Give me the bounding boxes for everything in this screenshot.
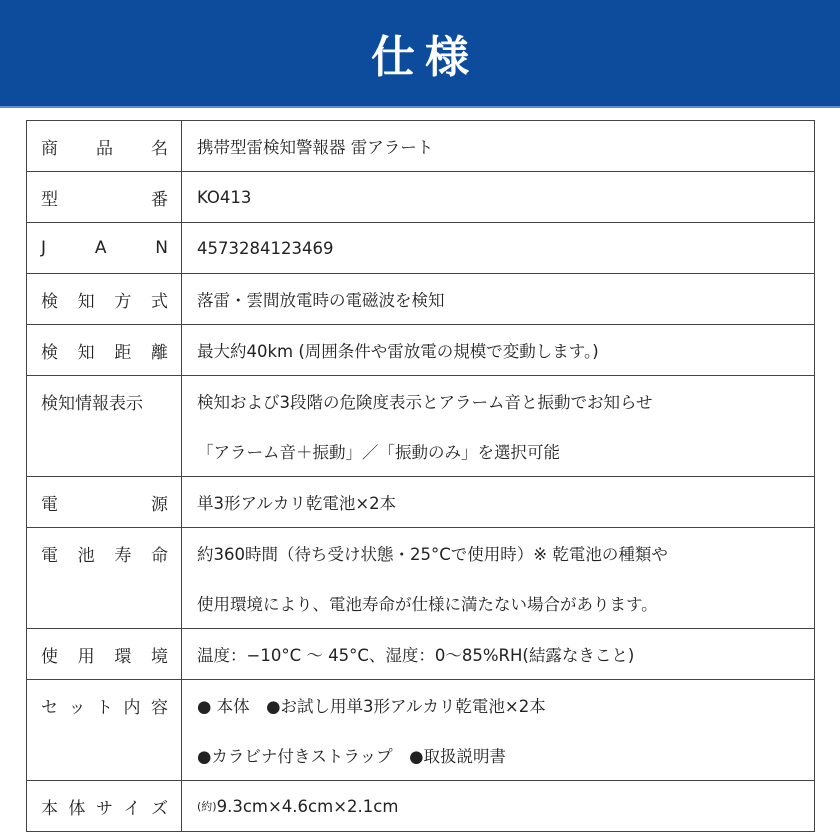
label-char: 名 bbox=[151, 134, 168, 159]
label-char: イ bbox=[124, 794, 141, 819]
label-char: 電 bbox=[41, 490, 58, 515]
spec-value: 最大約40km (周囲条件や雷放電の規模で変動します。) bbox=[182, 325, 814, 375]
spec-label-cell: セ ッ ト 内 容 bbox=[27, 680, 182, 781]
page-title: 仕様 bbox=[361, 21, 479, 85]
label-char: 内 bbox=[124, 693, 141, 718]
label-char: J bbox=[41, 238, 46, 258]
label-char: 知 bbox=[78, 287, 95, 312]
label-char: ズ bbox=[151, 794, 168, 819]
label-char: セ bbox=[41, 693, 58, 718]
label-char: 源 bbox=[151, 490, 168, 515]
spec-label-cell: J A N bbox=[27, 223, 182, 274]
spec-value-cell: 検知および3段階の危険度表示とアラーム音と振動でお知らせ 「アラーム音＋振動」／… bbox=[182, 376, 815, 477]
label-char: ト bbox=[96, 693, 113, 718]
spec-row-model-number: 型 番 KO413 bbox=[27, 172, 815, 223]
spec-value: 単3形アルカリ乾電池×2本 bbox=[182, 477, 814, 527]
label-char: 寿 bbox=[114, 541, 131, 566]
spec-label-cell: 型 番 bbox=[27, 172, 182, 223]
spec-value-cell: 最大約40km (周囲条件や雷放電の規模で変動します。) bbox=[182, 325, 815, 376]
label-char: 式 bbox=[151, 287, 168, 312]
spec-value-cell: 4573284123469 bbox=[182, 223, 815, 274]
label-char: 体 bbox=[69, 794, 86, 819]
spec-label-cell: 商 品 名 bbox=[27, 121, 182, 172]
spec-value: 「アラーム音＋振動」／「振動のみ」を選択可能 bbox=[182, 426, 814, 476]
label-char: 型 bbox=[41, 185, 58, 210]
size-value: 9.3cm×4.6cm×2.1cm bbox=[217, 797, 399, 816]
page-header: 仕様 bbox=[0, 0, 840, 108]
label-char: 用 bbox=[78, 642, 95, 667]
label-char: 電 bbox=[41, 541, 58, 566]
label-char: 番 bbox=[151, 185, 168, 210]
label-char: 命 bbox=[151, 541, 168, 566]
spec-value: 落雷・雲間放電時の電磁波を検知 bbox=[182, 274, 814, 324]
label-char: 境 bbox=[151, 642, 168, 667]
spec-label-cell: 電 源 bbox=[27, 477, 182, 528]
spec-value: 携帯型雷検知警報器 雷アラート bbox=[182, 121, 814, 171]
label-char: サ bbox=[96, 794, 113, 819]
spec-value: 4573284123469 bbox=[182, 223, 814, 273]
spec-row-operating-environment: 使 用 環 境 温度：−10°C 〜 45°C、湿度：0〜85%RH(結露なきこ… bbox=[27, 629, 815, 680]
spec-row-body-size: 本 体 サ イ ズ (約)9.3cm×4.6cm×2.1cm bbox=[27, 781, 815, 832]
spec-row-package-contents: セ ッ ト 内 容 ● 本体 ●お試し用単3形アルカリ乾電池×2本 ●カラビナ付… bbox=[27, 680, 815, 781]
label-char: 検 bbox=[41, 287, 58, 312]
label-char: 検 bbox=[41, 338, 58, 363]
spec-label-cell: 検 知 方 式 bbox=[27, 274, 182, 325]
spec-row-battery-life: 電 池 寿 命 約360時間（待ち受け状態・25°Cで使用時）※ 乾電池の種類や… bbox=[27, 528, 815, 629]
spec-value: 使用環境により、電池寿命が仕様に満たない場合があります。 bbox=[182, 578, 814, 628]
label-char: 環 bbox=[114, 642, 131, 667]
label-char: 離 bbox=[151, 338, 168, 363]
label-char: 本 bbox=[41, 794, 58, 819]
spec-value-cell: KO413 bbox=[182, 172, 815, 223]
spec-label: 検知情報表示 bbox=[41, 389, 143, 414]
label-char: ッ bbox=[69, 693, 86, 718]
label-char: 知 bbox=[78, 338, 95, 363]
spec-row-product-name: 商 品 名 携帯型雷検知警報器 雷アラート bbox=[27, 121, 815, 172]
spec-row-power-source: 電 源 単3形アルカリ乾電池×2本 bbox=[27, 477, 815, 528]
spec-label-cell: 検知情報表示 bbox=[27, 376, 182, 477]
label-char: N bbox=[155, 238, 168, 258]
label-char: 使 bbox=[41, 642, 58, 667]
label-char: 池 bbox=[78, 541, 95, 566]
spec-value: ● 本体 ●お試し用単3形アルカリ乾電池×2本 bbox=[182, 680, 814, 730]
spec-label-cell: 電 池 寿 命 bbox=[27, 528, 182, 629]
label-char: 品 bbox=[96, 134, 113, 159]
spec-table: 商 品 名 携帯型雷検知警報器 雷アラート 型 番 KO413 bbox=[26, 120, 815, 832]
spec-label-cell: 検 知 距 離 bbox=[27, 325, 182, 376]
label-char: 方 bbox=[114, 287, 131, 312]
spec-value-cell: 携帯型雷検知警報器 雷アラート bbox=[182, 121, 815, 172]
label-char: 容 bbox=[151, 693, 168, 718]
spec-value: 検知および3段階の危険度表示とアラーム音と振動でお知らせ bbox=[182, 376, 814, 426]
spec-value-cell: 温度：−10°C 〜 45°C、湿度：0〜85%RH(結露なきこと) bbox=[182, 629, 815, 680]
spec-row-detection-range: 検 知 距 離 最大約40km (周囲条件や雷放電の規模で変動します。) bbox=[27, 325, 815, 376]
spec-value-cell: 単3形アルカリ乾電池×2本 bbox=[182, 477, 815, 528]
spec-value: ●カラビナ付きストラップ ●取扱説明書 bbox=[182, 730, 814, 780]
spec-value: 温度：−10°C 〜 45°C、湿度：0〜85%RH(結露なきこと) bbox=[182, 629, 814, 679]
spec-row-jan: J A N 4573284123469 bbox=[27, 223, 815, 274]
spec-value-cell: (約)9.3cm×4.6cm×2.1cm bbox=[182, 781, 815, 832]
spec-value-cell: 落雷・雲間放電時の電磁波を検知 bbox=[182, 274, 815, 325]
spec-row-detection-method: 検 知 方 式 落雷・雲間放電時の電磁波を検知 bbox=[27, 274, 815, 325]
spec-label-cell: 使 用 環 境 bbox=[27, 629, 182, 680]
approx-prefix: (約) bbox=[197, 798, 217, 814]
spec-value: KO413 bbox=[182, 172, 814, 222]
spec-row-detection-display: 検知情報表示 検知および3段階の危険度表示とアラーム音と振動でお知らせ 「アラー… bbox=[27, 376, 815, 477]
spec-label-cell: 本 体 サ イ ズ bbox=[27, 781, 182, 832]
spec-value-cell: ● 本体 ●お試し用単3形アルカリ乾電池×2本 ●カラビナ付きストラップ ●取扱… bbox=[182, 680, 815, 781]
label-char: A bbox=[95, 238, 107, 258]
spec-value-cell: 約360時間（待ち受け状態・25°Cで使用時）※ 乾電池の種類や 使用環境により… bbox=[182, 528, 815, 629]
label-char: 商 bbox=[41, 134, 58, 159]
spec-value: 約360時間（待ち受け状態・25°Cで使用時）※ 乾電池の種類や bbox=[182, 528, 814, 578]
label-char: 距 bbox=[114, 338, 131, 363]
spec-value: (約)9.3cm×4.6cm×2.1cm bbox=[182, 781, 814, 831]
